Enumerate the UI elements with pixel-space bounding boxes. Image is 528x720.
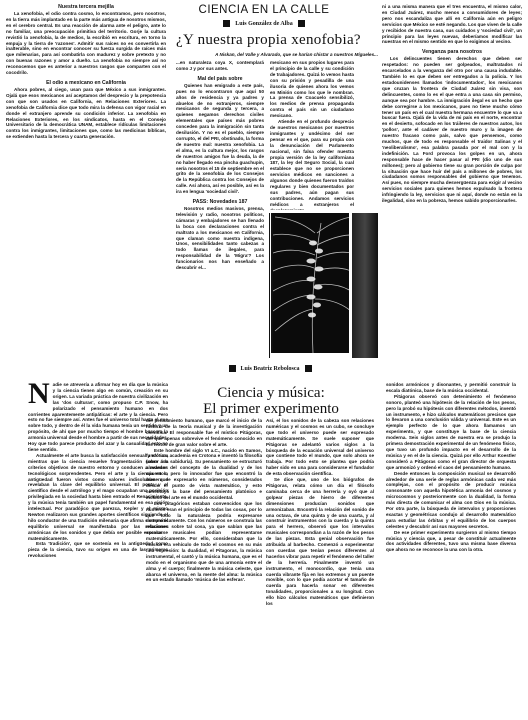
drop-cap: N — [28, 382, 50, 406]
byline-bottom: Luis Beatriz Rebolosca — [200, 365, 340, 372]
subhead: PASS: Novedades 187 — [176, 199, 264, 206]
paragraph: ...en naturaleza coya X, contemplará com… — [176, 60, 264, 72]
article-column-4: ni a una misma manera que el tres encuen… — [382, 4, 522, 359]
headline-bottom: Ciencia y música: El primer experimento — [186, 385, 356, 417]
column-rule — [269, 213, 270, 358]
square-bullet-icon — [223, 20, 230, 27]
paragraph: Pitágoras observó con detenimiento el fe… — [386, 394, 516, 471]
paragraph: Desde entonces la composición musical se… — [386, 471, 516, 530]
article-column-3: mexicano en sus propios lugares para el … — [270, 60, 354, 210]
paragraph: Se dice que, uno de los biógrafos de Pit… — [266, 477, 374, 607]
section-title: CIENCIA EN LA CALLE — [178, 4, 350, 16]
article-column-1: Nuestra tercera mejilla La xenofobia, el… — [6, 4, 166, 374]
byline-top: Luis González de Alba — [178, 20, 350, 27]
article-column-3: Así, el los sonidos de la cabeza son rel… — [266, 418, 374, 640]
author-name: Luis Beatriz Rebolosca — [241, 366, 300, 372]
article-column-4: sonidos armónicos y disonantes, y permit… — [386, 382, 516, 640]
headline-line-1: Ciencia y música: — [186, 385, 356, 401]
paragraph: Nosotros medios masivos, prensa, televis… — [176, 206, 264, 271]
photo-fade-edge — [352, 213, 378, 358]
paragraph: Quienes han emigrado a este país, pues n… — [176, 83, 264, 195]
square-bullet-icon — [298, 20, 305, 27]
headline-top: ¿Y nuestra propia xenofobia? — [176, 32, 366, 49]
article-column-2: ...en naturaleza coya X, contemplará com… — [176, 60, 264, 355]
article-column-2: del pensamiento humano, que marcó el ini… — [146, 418, 262, 640]
paragraph: ni a una misma manera que el tres encuen… — [382, 4, 522, 45]
paragraph: Atiende en el profundo desprecio de nues… — [270, 119, 354, 210]
wheat-ear-icon — [273, 213, 349, 353]
paragraph: De ese primer experimento surgieron al m… — [386, 530, 516, 554]
paragraph: mexicano en sus propios lugares para el … — [270, 60, 354, 119]
paragraph: Así, el los sonidos de la cabeza son rel… — [266, 418, 374, 477]
paragraph: sonidos armónicos y disonantes, y permit… — [386, 382, 516, 394]
subhead: El odio a mexicano en California — [6, 80, 166, 87]
headline-line-2: El primer experimento — [186, 401, 356, 417]
author-name: Luis González de Alba — [235, 21, 293, 27]
paragraph: Ahora pobres, al ciego, usan para que Mé… — [6, 87, 166, 140]
subhead: Mal del país sobre — [176, 76, 264, 83]
deck-text: A Niskan, del Valle y Alvarado, que se h… — [200, 52, 378, 57]
square-bullet-icon — [305, 365, 312, 372]
paragraph: Los pitagóricos estaban convencidos que … — [146, 501, 262, 584]
paragraph: Los delincuentes tienen derechos que deb… — [382, 56, 522, 204]
paragraph: La xenofobia, el odio contra cosmo, lo e… — [6, 11, 166, 76]
paragraph: Este hombre del siglo VI a.C., nacido en… — [146, 448, 262, 501]
subhead: Venganza para nosotros — [382, 49, 522, 56]
square-bullet-icon — [229, 365, 236, 372]
subhead: Nuestra tercera mejilla — [6, 4, 166, 11]
wheat-photo — [271, 213, 349, 353]
paragraph: del pensamiento humano, que marcó el ini… — [146, 418, 262, 448]
